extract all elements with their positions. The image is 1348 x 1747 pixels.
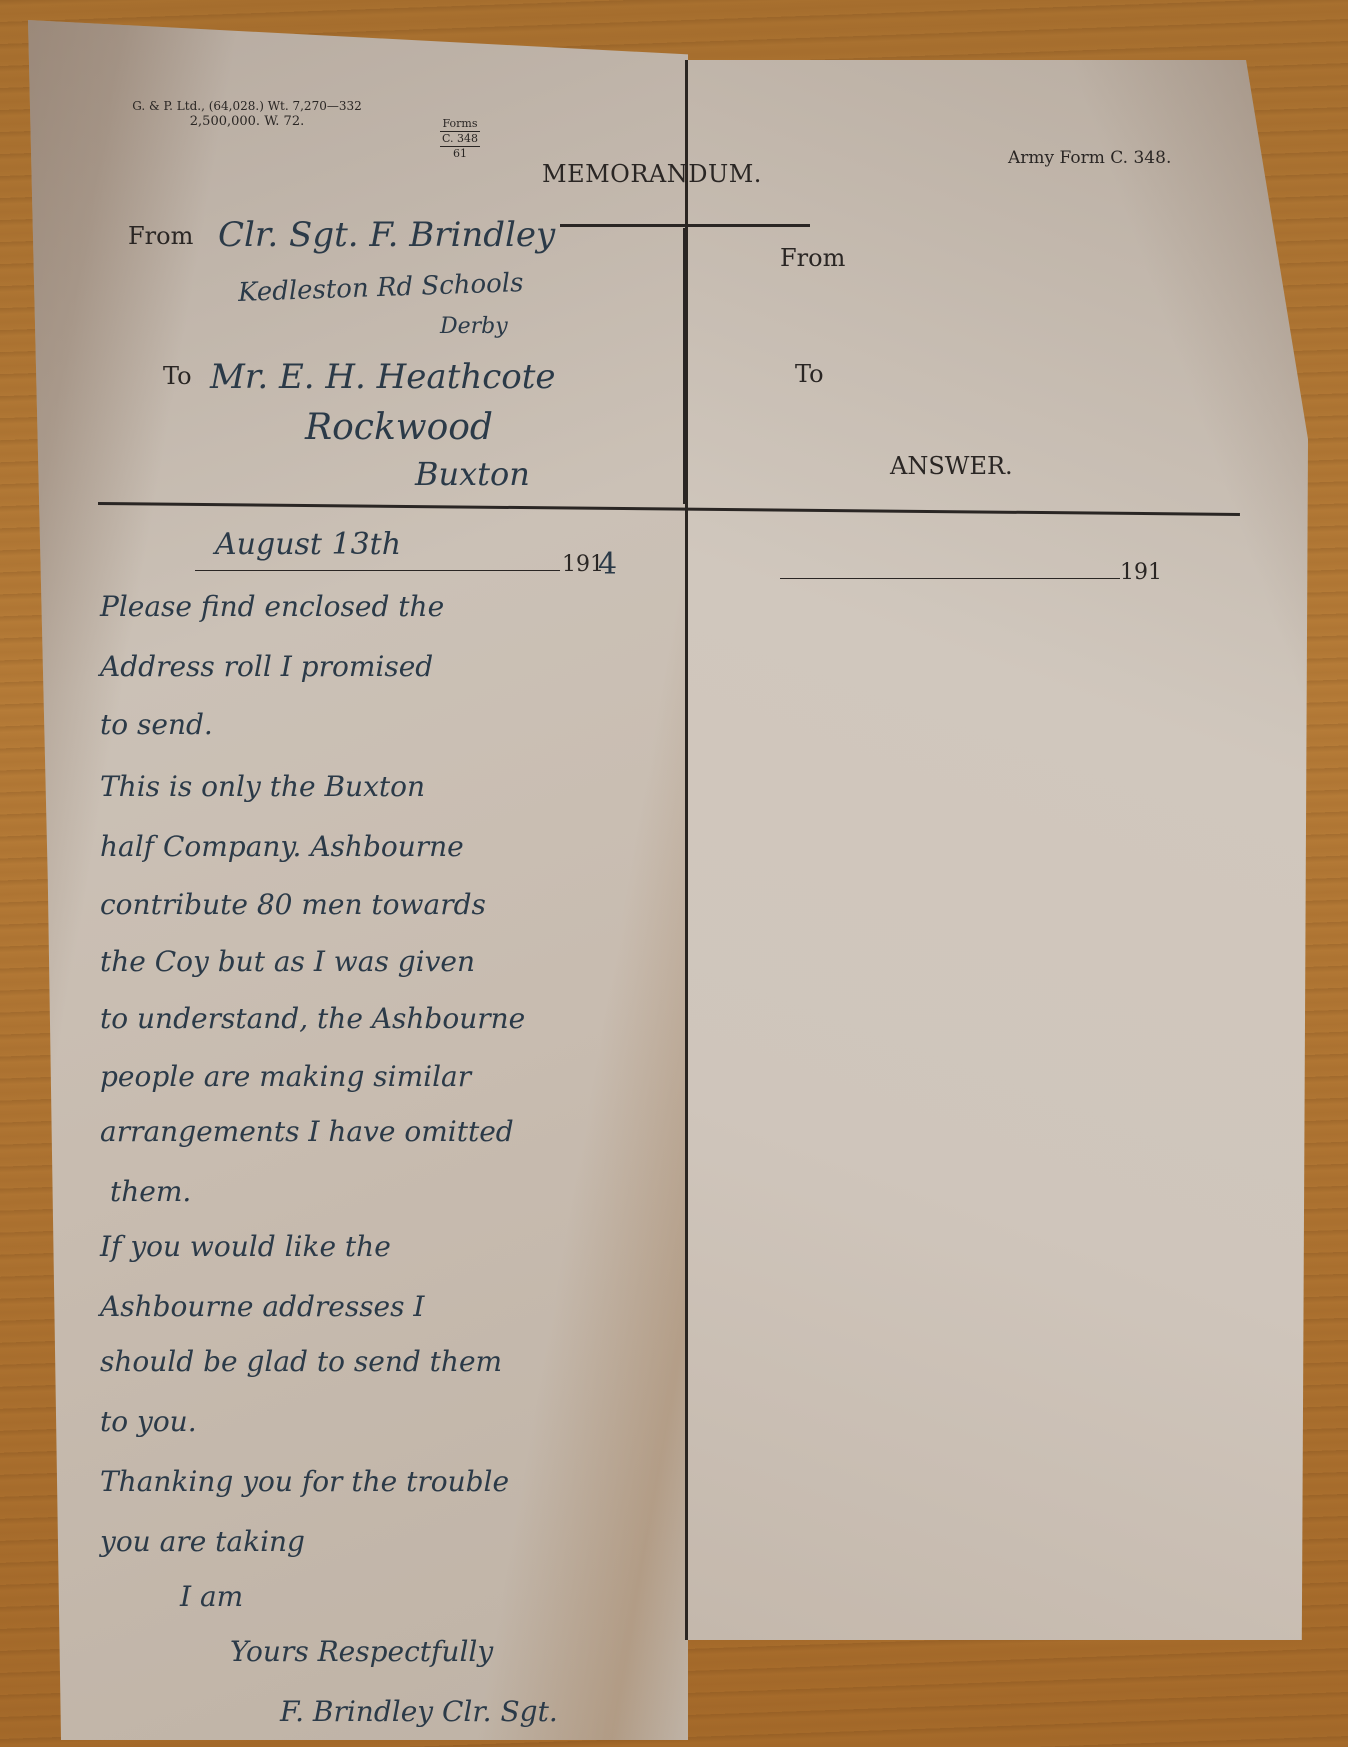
body-line: you are taking: [100, 1525, 305, 1558]
body-line: Ashbourne addresses I: [100, 1290, 424, 1323]
from-address-2: Derby: [440, 316, 508, 338]
date-rule-right: [780, 578, 1120, 579]
memo-title: MEMORANDUM.: [542, 160, 762, 188]
forms-ref-sub: 61: [440, 147, 480, 161]
body-line: to understand, the Ashbourne: [100, 1002, 525, 1035]
to-label: To: [163, 362, 192, 390]
body-line: them.: [110, 1175, 191, 1208]
body-line: should be glad to send them: [100, 1345, 502, 1378]
body-line: This is only the Buxton: [100, 770, 425, 803]
body-line: I am: [180, 1580, 243, 1613]
answer-to-label: To: [795, 360, 824, 388]
body-line: F. Brindley Clr. Sgt.: [280, 1695, 558, 1728]
body-line: people are making similar: [100, 1060, 471, 1093]
from-name: Clr. Sgt. F. Brindley: [218, 218, 555, 252]
date-rule-left: [195, 570, 560, 571]
to-name: Mr. E. H. Heathcote: [210, 360, 556, 394]
memo-photo: G. & P. Ltd., (64,028.) Wt. 7,270—332 2,…: [0, 0, 1348, 1747]
forms-ref-label: Forms: [440, 117, 480, 132]
to-address-1: Rockwood: [305, 410, 493, 446]
body-line: Thanking you for the trouble: [100, 1465, 509, 1498]
body-line: half Company. Ashbourne: [100, 830, 464, 863]
date-year-digit: 4: [598, 550, 617, 580]
body-line: to send.: [100, 708, 213, 741]
answer-from-label: From: [780, 244, 845, 272]
army-form-number: Army Form C. 348.: [1008, 148, 1171, 168]
date-handwritten: August 13th: [215, 530, 401, 560]
forms-reference: Forms C. 348 61: [440, 117, 480, 161]
body-line: Address roll I promised: [100, 650, 433, 683]
printer-imprint: G. & P. Ltd., (64,028.) Wt. 7,270—332 2,…: [92, 98, 402, 130]
body-line: contribute 80 men towards: [100, 888, 486, 921]
answer-label: ANSWER.: [890, 452, 1013, 480]
body-line: the Coy but as I was given: [100, 945, 475, 978]
title-rule: [560, 224, 810, 227]
body-line: If you would like the: [100, 1230, 391, 1263]
forms-ref-number: C. 348: [440, 132, 480, 147]
imprint-line-1: G. & P. Ltd., (64,028.) Wt. 7,270—332: [92, 98, 402, 114]
body-line: arrangements I have omitted: [100, 1115, 514, 1148]
memo-right-half: [688, 60, 1308, 1640]
header-divider: [683, 228, 686, 504]
body-line: Please find enclosed the: [100, 590, 444, 623]
body-line: to you.: [100, 1405, 197, 1438]
answer-date-year: 191: [1120, 560, 1162, 585]
to-address-2: Buxton: [415, 458, 530, 490]
from-label: From: [128, 222, 193, 250]
body-line: Yours Respectfully: [230, 1635, 493, 1668]
imprint-line-2: 2,500,000. W. 72.: [92, 114, 402, 130]
